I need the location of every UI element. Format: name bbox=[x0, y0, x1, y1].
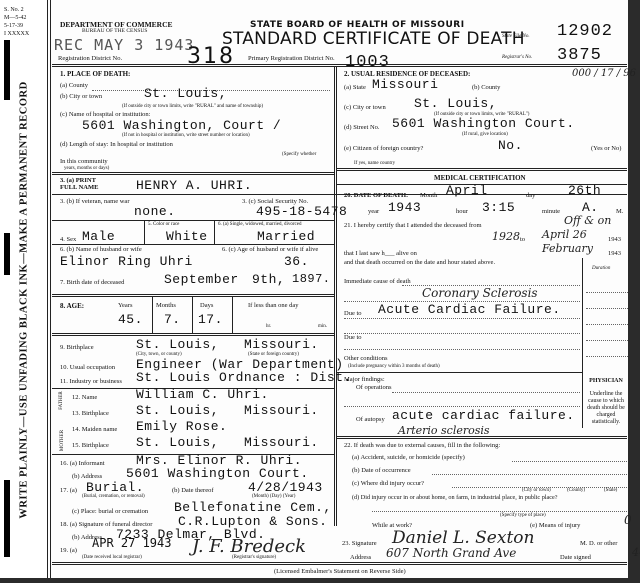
form-body: DEPARTMENT OF COMMERCE Bureau of the Cen… bbox=[52, 0, 628, 578]
less-than-day-label: If less than one day bbox=[248, 302, 299, 309]
stay-label: (d) Length of stay: In hospital or insti… bbox=[60, 141, 173, 148]
date-signed-label: Date signed bbox=[560, 554, 591, 561]
community-label: In this community bbox=[60, 158, 108, 165]
death-city: St. Louis, bbox=[144, 86, 227, 101]
day-label: day bbox=[526, 192, 535, 199]
signature-label: 23. Signature bbox=[342, 540, 377, 547]
county-label: (a) County bbox=[60, 82, 88, 89]
hour-label: hour bbox=[456, 208, 468, 215]
left-margin: S. No. 2 M—5-42 5-17-39 I XXXXX WRITE PL… bbox=[0, 0, 48, 578]
res-city: St. Louis, bbox=[414, 96, 497, 111]
min-label: min. bbox=[318, 324, 327, 329]
name-label: 3. (a) PRINT FULL NAME bbox=[60, 177, 100, 191]
age-label: 8. AGE: bbox=[60, 302, 84, 310]
death-certificate: S. No. 2 M—5-42 5-17-39 I XXXXX WRITE PL… bbox=[0, 0, 628, 578]
means-of-injury: 0 bbox=[624, 513, 632, 527]
mother-birthplace-city: St. Louis, bbox=[136, 435, 219, 450]
form-line: I XXXXX bbox=[4, 30, 48, 38]
disposition-label: 17. (a) bbox=[60, 487, 77, 494]
external-heading: 22. If death was due to external causes,… bbox=[344, 442, 500, 449]
other-conditions-note: (Include pregnancy within 3 months of de… bbox=[348, 364, 440, 369]
community-note: years, months or days) bbox=[64, 166, 109, 171]
certify-text: 21. I hereby certify that I attended the… bbox=[344, 222, 482, 229]
death-year: 1943 bbox=[388, 200, 421, 215]
marital-label: 6. (a) Single, widowed, married, divorce… bbox=[218, 222, 301, 227]
dotted-line bbox=[344, 349, 580, 350]
father-birthplace-label: 13. Birthplace bbox=[72, 410, 109, 417]
father-side-label: FATHER bbox=[59, 391, 64, 410]
death-hour: 3:15 bbox=[482, 200, 515, 215]
rule bbox=[52, 244, 334, 245]
burial-date: 4/28/1943 bbox=[248, 480, 323, 495]
veteran-label: 3. (b) If veteran, name war bbox=[60, 198, 129, 205]
res-state: Missouri bbox=[372, 77, 438, 92]
father-name: William C. Uhri. bbox=[136, 387, 269, 402]
md-label: M. D. or other bbox=[580, 540, 617, 547]
informant-address-label: (b) Address bbox=[72, 473, 102, 480]
registrar-no: 3875 bbox=[557, 46, 602, 65]
to-label: to bbox=[520, 236, 525, 243]
death-day: 26th bbox=[568, 183, 601, 198]
scan-bar bbox=[4, 233, 10, 275]
hr-label: hr. bbox=[266, 324, 271, 329]
where-note-city: (City or town) bbox=[522, 488, 551, 493]
filed-note: (Date received local registrar) bbox=[82, 555, 142, 560]
rule bbox=[336, 372, 582, 373]
footer-note: (Licensed Embalmer's Statement on Revers… bbox=[274, 568, 406, 575]
scan-bar bbox=[4, 40, 10, 100]
state-file-label: State File No. bbox=[502, 34, 530, 39]
stay-note: (Specify whether bbox=[282, 152, 316, 157]
filed-date-stamp: APR 27 1943 bbox=[92, 536, 171, 550]
spouse-age-label: 6. (c) Age of husband or wife if alive bbox=[222, 246, 318, 253]
due-to-1: Acute Cardiac Failure. bbox=[378, 302, 561, 317]
dotted-line bbox=[344, 318, 580, 319]
rule bbox=[52, 294, 334, 297]
burial-date-note: (Month) (Day) (Year) bbox=[252, 494, 295, 499]
res-county-marks: 000 / 17 / 96 bbox=[572, 68, 636, 79]
dotted-line bbox=[372, 511, 627, 512]
form-line: 5-17-39 bbox=[4, 22, 48, 30]
age-months-label: Months bbox=[156, 302, 176, 309]
rule bbox=[52, 194, 627, 195]
cell-divider bbox=[144, 220, 145, 244]
autopsy-label: Of autopsy bbox=[356, 416, 385, 423]
cell-divider bbox=[232, 297, 233, 333]
dotted-line bbox=[344, 406, 580, 407]
ssn: 495-18-5478 bbox=[256, 204, 347, 219]
autopsy-finding: acute cardiac failure. bbox=[392, 408, 575, 423]
citizen-note: (Yes or No) bbox=[591, 145, 621, 152]
disposition-note: (Burial, cremation, or removal) bbox=[82, 494, 145, 499]
industry: St. Louis Ordnance : Dist. bbox=[136, 370, 352, 385]
due-to-label-1: Due to bbox=[344, 310, 362, 317]
certificate-title: STANDARD CERTIFICATE OF DEATH bbox=[222, 29, 525, 49]
attended-from-year: 1928 bbox=[492, 230, 520, 243]
burial-date-label: (b) Date thereof bbox=[172, 487, 214, 494]
res-street-note: (If rural, give location) bbox=[462, 132, 508, 137]
father-name-label: 12. Name bbox=[72, 394, 97, 401]
burial-place: Bellefonatine Cem., bbox=[174, 500, 332, 515]
duration-label: Duration bbox=[592, 266, 610, 271]
marital-status: Married bbox=[257, 229, 315, 244]
disposition: Burial. bbox=[86, 480, 144, 495]
institution-label: (c) Name of hospital or institution: bbox=[60, 111, 150, 118]
occupation-label: 10. Usual occupation bbox=[60, 364, 115, 371]
mother-birthplace-state: Missouri. bbox=[244, 435, 319, 450]
father-birthplace-state: Missouri. bbox=[244, 403, 319, 418]
physician-signature: Daniel L. Sexton bbox=[392, 528, 534, 548]
birthplace-city: St. Louis, bbox=[136, 337, 219, 352]
rule bbox=[52, 172, 334, 175]
occurred-text: and that death occurred on the date and … bbox=[344, 259, 495, 266]
to-year: 1943 bbox=[608, 236, 621, 243]
rule bbox=[52, 333, 334, 336]
informant-address: 5601 Washington Court. bbox=[126, 466, 309, 481]
res-state-label: (a) State bbox=[344, 84, 366, 91]
death-date-label: 20. DATE OF DEATH: bbox=[344, 192, 408, 199]
burial-place-label: (c) Place: burial or cremation bbox=[72, 508, 148, 515]
state-file-no: 12902 bbox=[557, 22, 613, 41]
filed-label: 19. (a) bbox=[60, 547, 77, 554]
registrar-signature: J. F. Bredeck bbox=[192, 536, 306, 557]
cell-divider bbox=[152, 297, 153, 333]
birth-day: 9th, bbox=[252, 272, 285, 287]
scan-bar bbox=[4, 480, 10, 557]
res-street: 5601 Washington Court. bbox=[392, 116, 575, 131]
deceased-name: HENRY A. UHRI. bbox=[136, 178, 252, 193]
res-street-label: (d) Street No. bbox=[344, 124, 380, 131]
city-label: (b) City or town bbox=[60, 93, 102, 100]
physician-address-label: Address bbox=[350, 554, 371, 561]
immediate-cause: Coronary Sclerosis bbox=[422, 286, 538, 300]
birthplace-label: 9. Birthplace bbox=[60, 344, 94, 351]
industry-label: 11. Industry or business bbox=[60, 378, 122, 385]
accident-label: (a) Accident, suicide, or homicide (spec… bbox=[352, 454, 465, 461]
sex-label: 4. Sex bbox=[60, 236, 76, 243]
age-years: 45. bbox=[118, 312, 143, 327]
spouse-age: 36. bbox=[284, 254, 309, 269]
form-line: S. No. 2 bbox=[4, 6, 48, 14]
country-label: If yes, name country bbox=[354, 161, 395, 166]
duration-divider bbox=[582, 258, 583, 428]
last-saw: February bbox=[542, 242, 593, 255]
mother-name: Emily Rose. bbox=[136, 419, 227, 434]
bureau: Bureau of the Census bbox=[82, 28, 147, 34]
rule bbox=[336, 168, 627, 171]
date-signed: 4-26-43 bbox=[632, 546, 640, 559]
age-days-label: Days bbox=[200, 302, 213, 309]
operations-label: Of operations bbox=[356, 384, 392, 391]
where-label: (c) Where did injury occur? bbox=[352, 480, 424, 487]
primary-district-label: Primary Registration District No. bbox=[248, 55, 335, 62]
mother-side-label: MOTHER bbox=[60, 430, 65, 451]
rule bbox=[52, 64, 627, 67]
physician-address: 607 North Grand Ave bbox=[386, 546, 516, 560]
age-years-label: Years bbox=[118, 302, 133, 309]
major-findings-label: Major findings: bbox=[344, 376, 385, 383]
informant-label: 16. (a) Informant bbox=[60, 460, 105, 467]
margin-divider bbox=[47, 0, 51, 578]
father-birthplace-city: St. Louis, bbox=[136, 403, 219, 418]
form-number: S. No. 2 M—5-42 5-17-39 I XXXXX bbox=[4, 6, 48, 38]
veteran-war: none. bbox=[134, 204, 176, 219]
spouse-label: 6. (b) Name of husband or wife bbox=[60, 246, 142, 253]
dotted-line bbox=[392, 392, 580, 393]
res-city-label: (c) City or town bbox=[344, 104, 386, 111]
physician-box-title: PHYSICIAN bbox=[584, 378, 628, 385]
city-note: (If outside city or town limits, write "… bbox=[122, 104, 263, 109]
dotted-line bbox=[586, 324, 628, 325]
place-of-death-heading: 1. PLACE OF DEATH: bbox=[60, 70, 130, 78]
where-note-county: (County) bbox=[567, 488, 585, 493]
medical-heading: MEDICAL CERTIFICATION bbox=[434, 174, 526, 182]
cell-divider bbox=[214, 220, 215, 244]
citizen: No. bbox=[498, 138, 523, 153]
birth-month: September bbox=[164, 272, 239, 287]
age-months: 7. bbox=[164, 312, 181, 327]
institution-note: (If not in hospital or institution, writ… bbox=[122, 133, 250, 138]
birthplace-state: Missouri. bbox=[244, 337, 319, 352]
other-conditions-label: Other conditions bbox=[344, 355, 388, 362]
margin-instruction: WRITE PLAINLY—USE UNFADING BLACK INK—MAK… bbox=[19, 81, 30, 518]
physician-box: PHYSICIAN Underline the cause to which d… bbox=[584, 378, 628, 426]
res-county-label: (b) County bbox=[472, 84, 500, 91]
column-divider bbox=[334, 66, 337, 526]
attended-from: Off & on bbox=[564, 214, 611, 227]
physician-box-text: Underline the cause to which death shoul… bbox=[584, 391, 628, 426]
death-institution: 5601 Washington, Court / bbox=[82, 118, 281, 133]
dotted-line bbox=[586, 308, 628, 309]
rule bbox=[336, 436, 627, 439]
death-month: April bbox=[446, 183, 488, 198]
ampm: A. bbox=[582, 200, 599, 215]
dotted-line bbox=[586, 292, 628, 293]
last-saw-year: 1943 bbox=[608, 250, 621, 257]
home-label: (d) Did injury occur in or about home, o… bbox=[352, 494, 558, 501]
mother-name-label: 14. Maiden name bbox=[72, 426, 117, 433]
race-label: 5. Color or race bbox=[148, 222, 179, 227]
place-type-note: (Specify type of place) bbox=[500, 513, 546, 518]
received-stamp: REC MAY 3 1943 bbox=[54, 36, 194, 54]
immediate-cause-label: Immediate cause of death bbox=[344, 278, 411, 285]
birth-year: 1897. bbox=[292, 272, 331, 286]
last-saw-label: that I last saw h___ alive on bbox=[344, 250, 417, 257]
registration-district-label: Registration District No. bbox=[58, 55, 122, 62]
minute-label: minute bbox=[542, 208, 560, 215]
cell-divider bbox=[192, 297, 193, 333]
rule bbox=[52, 562, 627, 565]
spouse-name: Elinor Ring Uhri bbox=[60, 254, 193, 269]
attended-to: April 26 bbox=[542, 228, 587, 241]
due-to-label-2: Due to bbox=[344, 334, 362, 341]
form-line: M—5-42 bbox=[4, 14, 48, 22]
dotted-line bbox=[586, 340, 628, 341]
registrar-sig-note: (Registrar's signature) bbox=[232, 555, 276, 560]
dotted-line bbox=[344, 333, 580, 334]
month-label: Month bbox=[420, 192, 437, 199]
citizen-label: (e) Citizen of foreign country? bbox=[344, 145, 423, 152]
dotted-line bbox=[586, 356, 628, 357]
year-label: year bbox=[368, 208, 379, 215]
occurrence-label: (b) Date of occurrence bbox=[352, 467, 411, 474]
dotted-line bbox=[512, 461, 627, 462]
where-note-state: (State) bbox=[604, 488, 617, 493]
rule bbox=[52, 220, 334, 221]
sex: Male bbox=[82, 229, 115, 244]
age-days: 17. bbox=[198, 312, 223, 327]
m-label: M. bbox=[616, 208, 623, 215]
race: White bbox=[166, 229, 208, 244]
dotted-line bbox=[432, 474, 627, 475]
mother-birthplace-label: 15. Birthplace bbox=[72, 442, 109, 449]
birth-label: 7. Birth date of deceased bbox=[60, 279, 124, 286]
registrar-no-label: Registrar's No. bbox=[502, 55, 532, 60]
means-label: (e) Means of injury bbox=[530, 522, 580, 529]
